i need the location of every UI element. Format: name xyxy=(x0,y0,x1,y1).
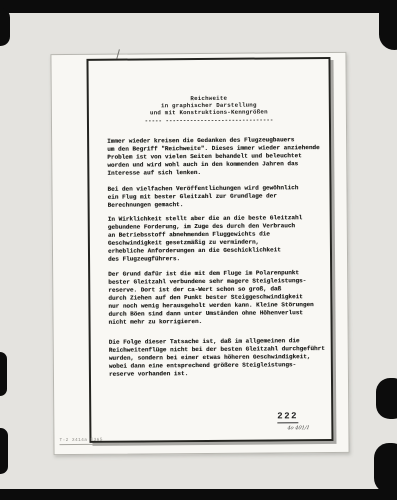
microfilm-frame: Reichweite in graphischer Darstellung un… xyxy=(0,0,397,500)
text-line: Interesse auf sich lenken. xyxy=(107,168,325,178)
paragraph-3: In Wirklichkeit stellt aber die an die b… xyxy=(108,214,326,264)
film-sprocket-hole xyxy=(0,352,7,396)
paragraph-5: Die Folge dieser Tatsache ist, daß im al… xyxy=(109,337,327,379)
film-sprocket-hole xyxy=(0,8,10,46)
handwritten-note: 4o 401/1 xyxy=(287,425,310,431)
film-label: T-2 3414a E365 xyxy=(59,438,119,445)
document-page: Reichweite in graphischer Darstellung un… xyxy=(50,52,349,455)
text-line: des Flugzeugführers. xyxy=(108,254,326,264)
film-sprocket-hole xyxy=(0,428,8,474)
title-underline: ----- ------------------------------- xyxy=(89,116,329,125)
page-inner-frame: Reichweite in graphischer Darstellung un… xyxy=(86,57,333,443)
paragraph-1: Immer wieder kreisen die Gedanken des Fl… xyxy=(107,136,325,178)
text-line: reserve vorhanden ist. xyxy=(109,369,327,379)
text-line: worden und wird wohl auch in den kommend… xyxy=(107,160,325,170)
text-line: Berechnungen gemacht. xyxy=(108,200,326,210)
film-sprocket-hole xyxy=(374,443,397,493)
text-line: nicht mehr zu korrigieren. xyxy=(109,317,327,327)
film-sprocket-hole xyxy=(379,0,397,50)
film-top-bar xyxy=(0,0,397,13)
text-line: wobei dann eine entsprechend größere Ste… xyxy=(109,361,327,371)
paragraph-4: Der Grund dafür ist die mit dem Fluge im… xyxy=(108,269,326,327)
page-number: 222 xyxy=(277,411,298,423)
paragraph-2: Bei den vielfachen Veröffentlichungen wi… xyxy=(107,184,325,210)
document-title: Reichweite in graphischer Darstellung un… xyxy=(89,94,329,125)
film-sprocket-hole xyxy=(376,378,397,419)
film-bottom-bar xyxy=(0,489,397,500)
text-line: durch Böen sind dann unter Umständen ohn… xyxy=(108,309,326,319)
